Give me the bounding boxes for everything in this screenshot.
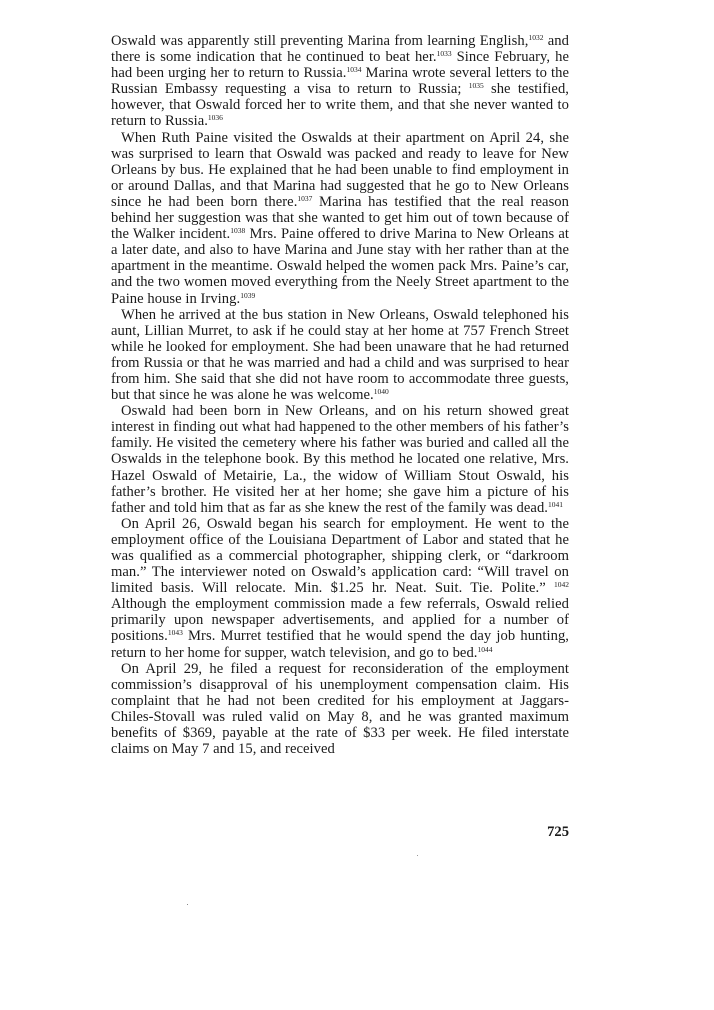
paragraph-text: When he arrived at the bus station in Ne… bbox=[111, 307, 569, 403]
scan-speck bbox=[417, 855, 418, 856]
footnote-reference: 1043 bbox=[168, 628, 183, 637]
footnote-reference: 1038 bbox=[230, 226, 245, 235]
paragraph: On April 29, he filed a request for reco… bbox=[111, 661, 569, 758]
footnote-reference: 1034 bbox=[346, 65, 361, 74]
paragraph: On April 26, Oswald began his search for… bbox=[111, 516, 569, 661]
scan-speck bbox=[187, 904, 188, 905]
paragraph-text: On April 26, Oswald began his search for… bbox=[111, 516, 569, 596]
footnote-reference: 1035 bbox=[469, 81, 484, 90]
paragraph: When Ruth Paine visited the Oswalds at t… bbox=[111, 130, 569, 307]
footnote-reference: 1039 bbox=[240, 291, 255, 300]
footnote-reference: 1044 bbox=[478, 645, 493, 654]
footnote-reference: 1040 bbox=[374, 387, 389, 396]
footnote-reference: 1036 bbox=[208, 113, 223, 122]
paragraph: Oswald was apparently still preventing M… bbox=[111, 33, 569, 130]
paragraph-text: On April 29, he filed a request for reco… bbox=[111, 661, 569, 757]
page-number: 725 bbox=[111, 824, 569, 841]
paragraph-text: Oswald had been born in New Orleans, and… bbox=[111, 403, 569, 516]
footnote-reference: 1033 bbox=[437, 49, 452, 58]
footnote-reference: 1032 bbox=[528, 33, 543, 42]
paragraph: Oswald had been born in New Orleans, and… bbox=[111, 403, 569, 516]
paragraph-text: Oswald was apparently still preventing M… bbox=[111, 33, 528, 49]
footnote-reference: 1041 bbox=[548, 500, 563, 509]
document-body: Oswald was apparently still preventing M… bbox=[111, 33, 569, 757]
footnote-reference: 1037 bbox=[297, 194, 312, 203]
paragraph: When he arrived at the bus station in Ne… bbox=[111, 307, 569, 404]
footnote-reference: 1042 bbox=[554, 580, 569, 589]
